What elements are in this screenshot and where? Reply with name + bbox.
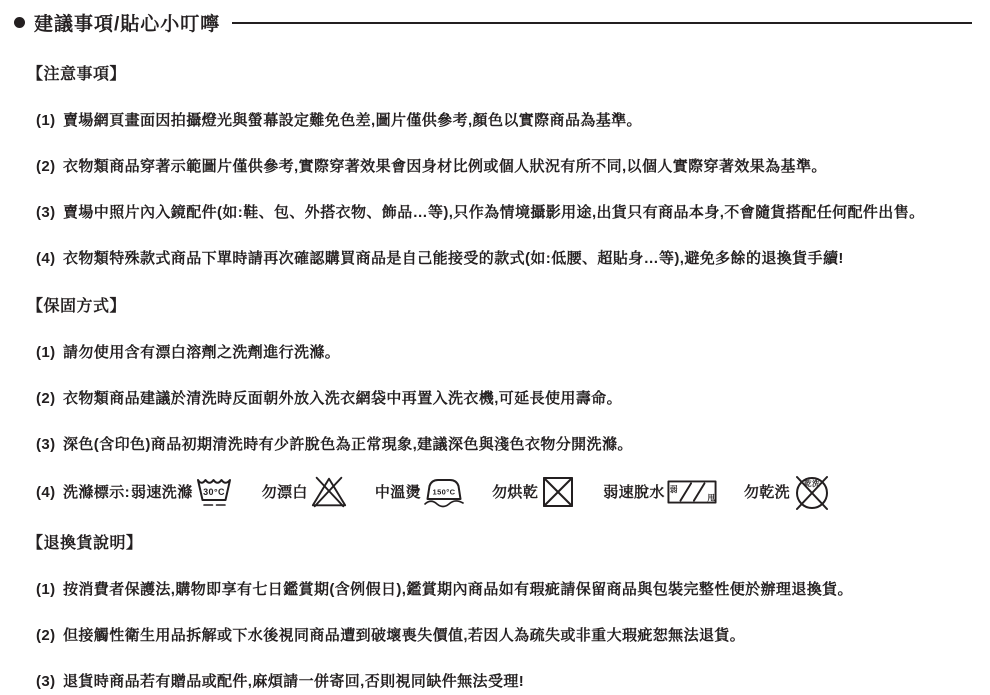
- item-number: (4): [36, 249, 63, 268]
- list-item: (4) 衣物類特殊款式商品下單時請再次確認購買商品是自己能接受的款式(如:低腰、…: [0, 249, 990, 268]
- weak-spin-icon: 弱 甩: [667, 479, 717, 505]
- svg-text:150°C: 150°C: [433, 488, 456, 497]
- wash-tub-30c-icon: 30°C: [195, 472, 235, 512]
- care-instructions-row: (4) 洗滌標示: 弱速洗滌 30°C 勿漂白: [0, 472, 990, 512]
- care-symbol-medium-iron: 中溫燙 150°C: [375, 473, 465, 511]
- list-item: (3) 深色(含印色)商品初期清洗時有少許脫色為正常現象,建議深色與淺色衣物分開…: [0, 435, 990, 454]
- item-number: (1): [36, 343, 63, 362]
- item-text: 深色(含印色)商品初期清洗時有少許脫色為正常現象,建議深色與淺色衣物分開洗滌。: [63, 435, 990, 454]
- item-number: (2): [36, 157, 63, 176]
- item-text: 按消費者保護法,購物即享有七日鑑賞期(含例假日),鑑賞期內商品如有瑕疵請保留商品…: [63, 580, 990, 599]
- iron-150c-icon: 150°C: [423, 473, 465, 511]
- item-number: (3): [36, 203, 63, 222]
- item-text: 賣場中照片內入鏡配件(如:鞋、包、外搭衣物、飾品…等),只作為情境攝影用途,出貨…: [63, 203, 990, 222]
- item-number: (3): [36, 435, 63, 454]
- section-heading-notes: 【注意事項】: [0, 65, 990, 84]
- care-symbol-no-bleach: 勿漂白: [262, 474, 348, 510]
- list-item: (3) 退貨時商品若有贈品或配件,麻煩請一併寄回,否則視同缺件無法受理!: [0, 672, 990, 691]
- item-text: 退貨時商品若有贈品或配件,麻煩請一併寄回,否則視同缺件無法受理!: [63, 672, 990, 691]
- care-symbol-no-tumble-dry: 勿烘乾: [492, 474, 576, 510]
- no-dry-clean-icon: 乾洗: [792, 472, 832, 512]
- svg-text:弱: 弱: [670, 484, 678, 494]
- item-number: (1): [36, 111, 63, 130]
- care-notice-page: 建議事項/貼心小叮嚀 【注意事項】 (1) 賣場網頁畫面因拍攝燈光與螢幕設定難免…: [0, 0, 990, 695]
- item-number: (4): [36, 483, 63, 502]
- care-symbol-weak-spin: 弱速脫水 弱 甩: [603, 479, 717, 505]
- page-title: 建議事項/貼心小叮嚀: [34, 9, 220, 36]
- svg-text:30°C: 30°C: [203, 487, 225, 497]
- list-item: (2) 衣物類商品穿著示範圖片僅供參考,實際穿著效果會因身材比例或個人狀況有所不…: [0, 157, 990, 176]
- item-text: 但接觸性衛生用品拆解或下水後視同商品遭到破壞喪失價值,若因人為疏失或非重大瑕疵恕…: [63, 626, 990, 645]
- care-symbol-no-dry-clean: 勿乾洗 乾洗: [744, 472, 832, 512]
- no-bleach-icon: [310, 474, 348, 510]
- item-number: (3): [36, 672, 63, 691]
- item-number: (2): [36, 626, 63, 645]
- item-text: 賣場網頁畫面因拍攝燈光與螢幕設定難免色差,圖片僅供參考,顏色以實際商品為基準。: [63, 111, 990, 130]
- item-number: (2): [36, 389, 63, 408]
- list-item: (2) 衣物類商品建議於清洗時反面朝外放入洗衣網袋中再置入洗衣機,可延長使用壽命…: [0, 389, 990, 408]
- item-text: 衣物類商品穿著示範圖片僅供參考,實際穿著效果會因身材比例或個人狀況有所不同,以個…: [63, 157, 990, 176]
- section-heading-returns: 【退換貨說明】: [0, 534, 990, 553]
- bullet-dot-icon: [14, 17, 25, 28]
- item-text: 請勿使用含有漂白溶劑之洗劑進行洗滌。: [63, 343, 990, 362]
- section-heading-warranty: 【保固方式】: [0, 297, 990, 316]
- item-number: (1): [36, 580, 63, 599]
- list-item: (2) 但接觸性衛生用品拆解或下水後視同商品遭到破壞喪失價值,若因人為疏失或非重…: [0, 626, 990, 645]
- svg-text:甩: 甩: [706, 494, 715, 503]
- care-prefix-label: 洗滌標示:: [63, 483, 130, 502]
- title-divider-line: [232, 22, 972, 24]
- item-text: 衣物類特殊款式商品下單時請再次確認購買商品是自己能接受的款式(如:低腰、超貼身……: [63, 249, 990, 268]
- page-title-row: 建議事項/貼心小叮嚀: [0, 9, 990, 36]
- item-text: 衣物類商品建議於清洗時反面朝外放入洗衣網袋中再置入洗衣機,可延長使用壽命。: [63, 389, 990, 408]
- care-symbol-weak-wash: 弱速洗滌 30°C: [131, 472, 235, 512]
- no-tumble-dry-icon: [540, 474, 576, 510]
- list-item: (1) 按消費者保護法,購物即享有七日鑑賞期(含例假日),鑑賞期內商品如有瑕疵請…: [0, 580, 990, 599]
- list-item: (1) 請勿使用含有漂白溶劑之洗劑進行洗滌。: [0, 343, 990, 362]
- list-item: (3) 賣場中照片內入鏡配件(如:鞋、包、外搭衣物、飾品…等),只作為情境攝影用…: [0, 203, 990, 222]
- list-item: (1) 賣場網頁畫面因拍攝燈光與螢幕設定難免色差,圖片僅供參考,顏色以實際商品為…: [0, 111, 990, 130]
